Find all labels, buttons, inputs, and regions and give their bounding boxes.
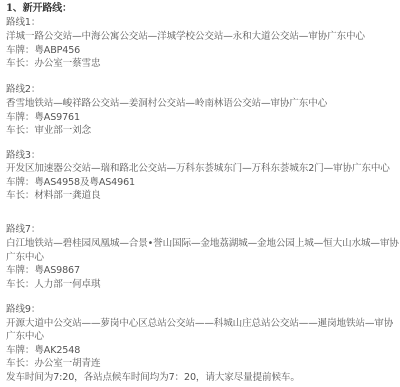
route-7-stops-cont: 广东中心 bbox=[6, 252, 44, 264]
route-2-captain: 车长：审业部一刘念 bbox=[6, 125, 91, 137]
footer-note: 发车时间为7:20，各站点候车时间均为7：20，请大家尽量提前候车。 bbox=[6, 372, 300, 384]
route-9-captain: 车长：办公室一胡青连 bbox=[6, 358, 100, 370]
route-1-label: 路线1： bbox=[6, 17, 40, 29]
route-3-plate: 车牌：粤AS4958及粤AS4961 bbox=[6, 177, 135, 189]
route-3-label: 路线3： bbox=[6, 150, 40, 162]
route-2-stops: 香雪地铁站—峻祥路公交站—姜洞村公交站—岭南林语公交站—审协广东中心 bbox=[6, 98, 327, 110]
route-7-captain: 车长：人力部一何卓琪 bbox=[6, 279, 100, 291]
route-1-plate: 车牌：粤ABP456 bbox=[6, 45, 80, 57]
route-1-captain: 车长：办公室一蔡雪忠 bbox=[6, 58, 100, 70]
route-7-stops: 白江地铁站—碧桂园凤凰城—合景•誉山国际—金地荔湖城—金地公园上城—恒大山水城—… bbox=[6, 238, 399, 250]
route-2-plate: 车牌：粤AS9761 bbox=[6, 112, 80, 124]
route-9-stops: 开源大道中公交站——萝岗中心区总站公交站——科城山庄总站公交站——暹岗地铁站—审… bbox=[6, 318, 393, 330]
route-9-stops-cont: 广东中心 bbox=[6, 331, 44, 343]
route-9-label: 路线9： bbox=[6, 304, 40, 316]
route-3-stops: 开发区加速器公交站—瑞和路北公交站—万科东荟城东门—万科东荟城东2门—审协广东中… bbox=[6, 163, 390, 175]
route-7-label: 路线7： bbox=[6, 224, 40, 236]
route-9-plate: 车牌：粤AK2548 bbox=[6, 345, 80, 357]
route-2-label: 路线2： bbox=[6, 84, 40, 96]
route-7-plate: 车牌：粤AS9867 bbox=[6, 265, 80, 277]
route-1-stops: 洋城一路公交站—中海公寓公交站—洋城学校公交站—永和大道公交站—审协广东中心 bbox=[6, 31, 365, 43]
route-3-captain: 车长：材料部一龚道良 bbox=[6, 190, 100, 202]
section-heading: 1、新开路线： bbox=[6, 3, 72, 15]
